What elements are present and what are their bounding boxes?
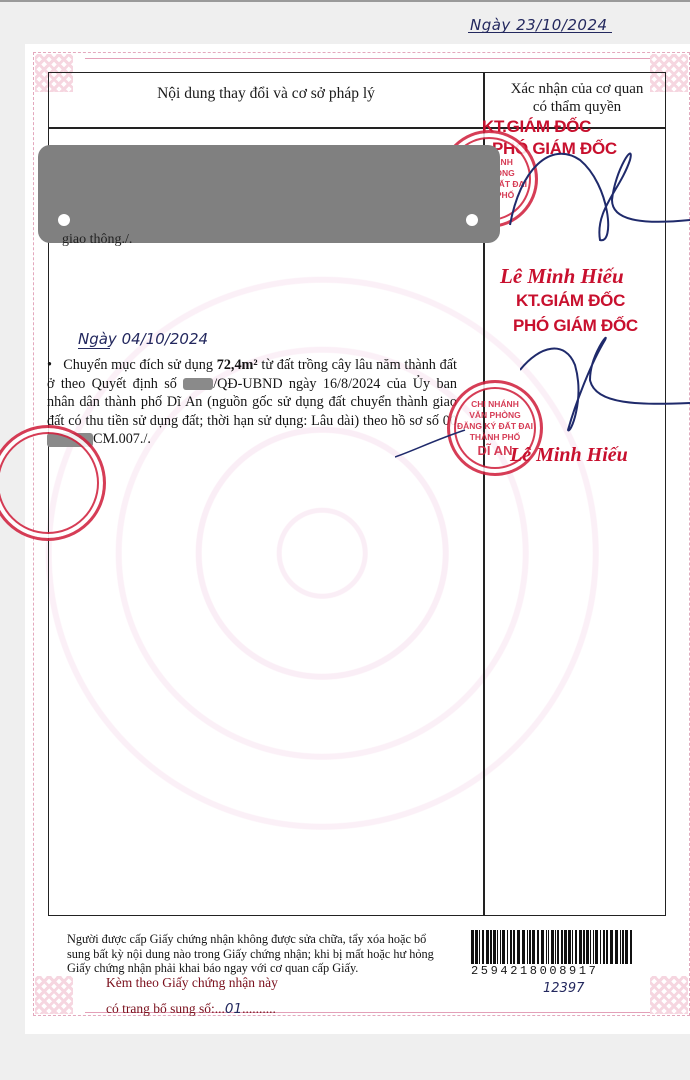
handwritten-date-entry-2: Ngày 04/10/2024 (78, 330, 208, 348)
area-value: 72,4m² (217, 357, 258, 373)
certificate-notice: Người được cấp Giấy chứng nhận không đượ… (67, 932, 443, 976)
header-line-1: Xác nhận của cơ quan (489, 80, 665, 98)
handwritten-date-entry-1: Ngày 23/10/2024 (470, 16, 608, 34)
barcode-number: 2594218008917 (471, 964, 634, 978)
decorative-line (85, 58, 650, 59)
attachment-suffix: .......... (242, 1001, 276, 1016)
attachment-line-1: Kèm theo Giấy chứng nhận này (106, 975, 278, 991)
corner-ornament-icon (35, 976, 73, 1014)
corner-ornament-icon (650, 976, 688, 1014)
redacted-decision-number (183, 378, 213, 390)
signature-entry-1 (500, 130, 690, 250)
signer-title-kt-2: KT.GIÁM ĐỐC (516, 291, 625, 311)
redacted-content-entry-1 (38, 145, 500, 243)
entry-1-tail-text: giao thông./. (62, 232, 132, 248)
signer-name-entry-2: Lê Minh Hiếu (510, 444, 628, 467)
redaction-handle-icon (58, 214, 70, 226)
barcode (471, 930, 634, 964)
column-header-changes: Nội dung thay đổi và cơ sở pháp lý (49, 85, 483, 103)
attachment-prefix: có trang bổ sung số:... (106, 1001, 225, 1016)
ink-stroke (395, 425, 475, 465)
column-header-authority: Xác nhận của cơ quan có thẩm quyền (489, 80, 665, 116)
bullet: • (47, 357, 52, 373)
content-text: CM.007./. (93, 431, 151, 447)
handwritten-serial: 12397 (543, 981, 584, 996)
header-line-2: có thẩm quyền (489, 98, 665, 116)
signer-name-entry-1: Lê Minh Hiếu (500, 264, 624, 289)
content-text: Chuyển mục đích sử dụng (63, 357, 216, 373)
attachment-number: 01 (225, 1001, 242, 1017)
redaction-handle-icon (466, 214, 478, 226)
attachment-line-2: có trang bổ sung số:...01.......... (106, 1001, 276, 1017)
screen-top-border (0, 0, 690, 2)
signature-entry-2 (520, 325, 690, 445)
